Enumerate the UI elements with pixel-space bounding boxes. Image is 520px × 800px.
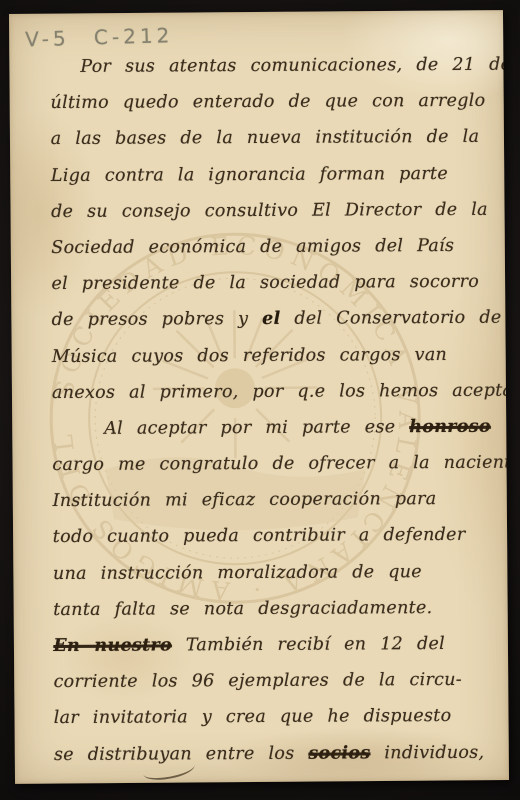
line-text: corriente los 96 ejemplares de la circu- — [53, 670, 462, 692]
line-text: cargo me congratulo de ofrecer a la naci… — [52, 453, 509, 475]
manuscript-line: Liga contra la ignorancia forman parte — [51, 163, 495, 202]
manuscript-text: Por sus atentas comunicaciones, de 21 de… — [50, 55, 498, 781]
line-text: de su consejo consultivo El Director de … — [51, 200, 488, 222]
line-text: Por sus atentas comunicaciones, de 21 de… — [80, 54, 509, 77]
manuscript-line: el presidente de la sociedad para socorr… — [51, 272, 495, 311]
manuscript-line: todo cuanto pueda contribuir a defender — [53, 525, 497, 564]
line-text: tanta falta se nota desgraciadamente. — [53, 598, 432, 620]
line-text: Institución mi eficaz cooperación para — [53, 489, 437, 511]
line-text: lar invitatoria y crea que he dispuesto — [54, 706, 452, 728]
manuscript-line: de su consejo consultivo El Director de … — [51, 199, 495, 238]
crossed-out-word: socios — [308, 743, 370, 763]
manuscript-line: último quedo enterado de que con arreglo — [50, 91, 494, 130]
archival-reference-note: V-5 C-212 — [25, 23, 174, 51]
manuscript-line: corriente los 96 ejemplares de la circu- — [53, 670, 497, 709]
line-text: anexos al primero, por q.e los hemos ace… — [52, 380, 509, 403]
manuscript-line: anexos al primero, por q.e los hemos ace… — [52, 380, 496, 419]
line-text: También recibí en 12 del — [172, 634, 445, 655]
manuscript-line: lar invitatoria y crea que he dispuesto — [54, 706, 498, 745]
manuscript-line: una instrucción moralizadora de que — [53, 561, 497, 600]
line-text: de presos pobres y — [52, 309, 263, 330]
crossed-out-word: honroso — [409, 417, 491, 437]
line-text: último quedo enterado de que con arreglo — [50, 91, 485, 113]
manuscript-line: Sociedad económica de amigos del País — [51, 236, 495, 275]
line-text: Sociedad económica de amigos del País — [51, 236, 454, 258]
manuscript-line: de presos pobres y el del Conservatorio … — [52, 308, 496, 347]
manuscript-line: cargo me congratulo de ofrecer a la naci… — [52, 453, 496, 492]
manuscript-line: tanta falta se nota desgraciadamente. — [53, 598, 497, 637]
manuscript-line: En nuestro También recibí en 12 del — [53, 634, 497, 673]
line-text: a las bases de la nueva institución de l… — [51, 127, 480, 149]
line-text: todo cuanto pueda contribuir a defender — [53, 525, 466, 547]
scanned-document-photo: SOCIEDAD ECONOMICA VALENCIANA · AMIGOS D… — [0, 0, 520, 800]
manuscript-line: se distribuyan entre los socios individu… — [54, 742, 498, 781]
line-text: individuos, — [370, 742, 484, 763]
crossed-out-word: En nuestro — [53, 635, 172, 656]
manuscript-line: Al aceptar por mi parte ese honroso — [52, 417, 496, 456]
line-text: Liga contra la ignorancia forman parte — [51, 164, 448, 186]
line-text: Música cuyos dos referidos cargos van — [52, 344, 447, 366]
manuscript-line: a las bases de la nueva institución de l… — [51, 127, 495, 166]
retouched-word: el — [262, 309, 280, 329]
line-text: Al aceptar por mi parte ese — [104, 417, 409, 439]
line-text: del Conservatorio de — [280, 308, 501, 329]
line-text: el presidente de la sociedad para socorr… — [51, 272, 479, 294]
manuscript-line: Música cuyos dos referidos cargos van — [52, 344, 496, 383]
manuscript-line: Por sus atentas comunicaciones, de 21 de… — [50, 55, 494, 94]
manuscript-line: Institución mi eficaz cooperación para — [53, 489, 497, 528]
line-text: una instrucción moralizadora de que — [53, 562, 422, 584]
manuscript-paper: SOCIEDAD ECONOMICA VALENCIANA · AMIGOS D… — [9, 10, 509, 784]
